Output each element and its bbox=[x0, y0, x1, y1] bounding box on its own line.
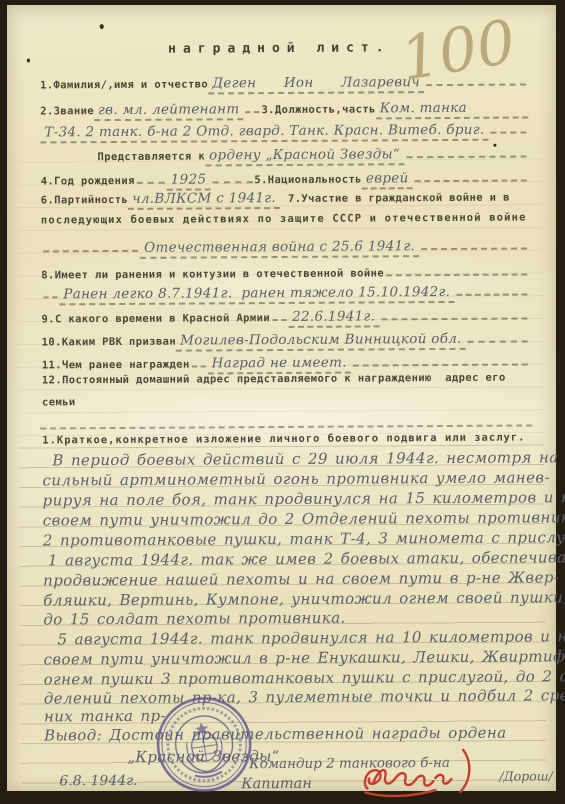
field-party-value: чл.ВЛКСМ с 1941г. bbox=[128, 190, 280, 210]
field-row-home-address-cont: семьи bbox=[42, 393, 530, 408]
feat-heading: 1.Краткое,конкретное изложение личного б… bbox=[42, 432, 525, 447]
field-birth-year-value: 1925 bbox=[167, 171, 211, 190]
feat-line: до 15 солдат пехоты противника. bbox=[43, 607, 535, 628]
field-row-unit: Т-34. 2 танк. б-на 2 Отд. гвард. Танк. К… bbox=[40, 117, 528, 143]
field-name-label: 1.Фамилия/,имя и отчество bbox=[40, 78, 208, 91]
field-unit-value: Т-34. 2 танк. б-на 2 Отд. гвард. Танк. К… bbox=[40, 121, 488, 143]
field-wounds-value: Ранен легко 8.7.1941г. ранен тяжело 15.1… bbox=[59, 284, 454, 305]
field-rank-label: 2.Звание bbox=[40, 105, 94, 117]
field-row-army-since: 9.С какого времени в Красной Армии 22.6.… bbox=[41, 303, 529, 329]
field-war-participation-value: Отечественная война с 25.6 1941г. bbox=[140, 238, 419, 259]
battalion-commander-signature bbox=[359, 742, 481, 799]
document-content: наградной лист. 100 1.Фамилия/,имя и отч… bbox=[5, 3, 559, 792]
field-nationality-label: 5.Национальность bbox=[254, 173, 362, 186]
field-war-participation-label: 7.Участие в гражданской войне и в bbox=[288, 192, 510, 205]
dashed-line bbox=[137, 168, 165, 184]
feat-line: 1 августа 1944г. так же имев 2 боевых ат… bbox=[43, 548, 535, 569]
dashed-line bbox=[245, 97, 259, 113]
field-row-presented: Представляется к ордену „Красной Звезды“ bbox=[97, 141, 528, 166]
field-row-name: 1.Фамилия/,имя и отчество Деген Ион Лаза… bbox=[40, 69, 528, 95]
field-army-since-value: 22.6.1941г. bbox=[288, 308, 379, 328]
feat-line: бляшки, Вертинь, Кумпоне, уничтожил огне… bbox=[43, 588, 535, 609]
dashed-line bbox=[381, 303, 527, 319]
feat-line: 5 августа 1944г. танк продвинулся на 10 … bbox=[43, 627, 535, 648]
field-row-war-participation-value: Отечественная война с 25.6 1941г. bbox=[41, 233, 529, 259]
dashed-line bbox=[192, 351, 206, 367]
field-row-party: 6.Партийность чл.ВЛКСМ с 1941г. 7.Участи… bbox=[41, 188, 529, 210]
round-seal-stamp bbox=[149, 689, 260, 800]
dashed-line bbox=[43, 282, 57, 298]
field-drafted-by-label: 10.Каким РВК призван bbox=[42, 335, 177, 348]
field-row-drafted-by: 10.Каким РВК призван Могилев-Подольским … bbox=[42, 326, 530, 352]
field-birth-year-label: 4.Год рождения bbox=[41, 174, 135, 187]
presented-value: ордену „Красной Звезды“ bbox=[205, 146, 404, 166]
field-row-wounds-value: Ранен легко 8.7.1941г. ранен тяжело 15.1… bbox=[41, 279, 529, 305]
field-row-wounds: 8.Имеет ли ранения и контузии в отечеств… bbox=[41, 259, 529, 281]
field-row-birth-nationality: 4.Год рождения 1925 5.Национальность евр… bbox=[41, 165, 529, 191]
field-prior-awards-value: Наград не имеет. bbox=[208, 354, 351, 374]
feat-line: сильный артминометный огонь противника у… bbox=[42, 468, 534, 489]
dashed-line bbox=[426, 70, 526, 86]
date-line: 6.8. 1944г. bbox=[59, 773, 137, 789]
dashed-line bbox=[468, 326, 528, 342]
dashed-line bbox=[456, 279, 527, 295]
feat-line: своем пути уничтожил в р-не Енукашки, Ле… bbox=[44, 647, 536, 668]
field-nationality-value: еврей bbox=[362, 170, 413, 189]
field-army-since-label: 9.С какого времени в Красной Армии bbox=[41, 312, 270, 325]
scanned-award-sheet: наградной лист. 100 1.Фамилия/,имя и отч… bbox=[0, 0, 565, 804]
dashed-line bbox=[421, 233, 527, 249]
field-name-value: Деген Ион Лазаревич bbox=[208, 74, 424, 94]
paper-speck bbox=[100, 24, 104, 29]
feat-line: 2 противотанковые пушки, танк Т-4, 3 мин… bbox=[43, 528, 535, 549]
field-position-value: Ком. танка bbox=[376, 99, 529, 119]
field-drafted-by-value: Могилев-Подольским Винницкой обл. bbox=[176, 330, 466, 351]
field-home-address-label: 12.Постоянный домашний адрес представляе… bbox=[42, 372, 506, 387]
dashed-line bbox=[406, 141, 527, 157]
field-wounds-label: 8.Имеет ли ранения и контузии в отечеств… bbox=[41, 267, 384, 281]
dashed-line bbox=[212, 167, 252, 183]
dashed-line bbox=[43, 236, 138, 252]
paper-speck bbox=[27, 59, 30, 63]
dashed-line bbox=[353, 349, 528, 366]
field-position-label: 3.Должность,часть bbox=[261, 103, 375, 116]
feat-line: продвижение нашей пехоты и на своем пути… bbox=[43, 568, 535, 589]
field-row-war-participation-cont: последующих боевых действиях по защите С… bbox=[41, 211, 529, 226]
dashed-line bbox=[490, 117, 526, 133]
feat-line: В период боевых действий с 29 июля 1944г… bbox=[42, 448, 534, 469]
feat-line: них танка пр- bbox=[44, 704, 536, 725]
feat-line: своем пути уничтожил до 2 Отделений пехо… bbox=[43, 508, 535, 529]
dashed-line bbox=[386, 259, 527, 275]
presented-label: Представляется к bbox=[97, 150, 205, 163]
feat-heading-row: 1.Краткое,конкретное изложение личного б… bbox=[42, 431, 530, 446]
dashed-line bbox=[414, 165, 526, 181]
feat-line: рируя на поле боя, танк продвинулся на 1… bbox=[43, 488, 535, 509]
field-rank-value: гв. мл. лейтенант bbox=[94, 101, 244, 121]
paper-background: наградной лист. 100 1.Фамилия/,имя и отч… bbox=[7, 5, 556, 791]
signer-name: /Дорош/ bbox=[499, 768, 553, 783]
field-home-address-label-cont: семьи bbox=[42, 396, 76, 408]
field-row-home-address: 12.Постоянный домашний адрес представляе… bbox=[42, 371, 530, 386]
field-war-participation-label-cont: последующих боевых действиях по защите С… bbox=[41, 211, 527, 226]
dashed-line bbox=[272, 305, 286, 321]
dashed-section-divider bbox=[40, 424, 532, 429]
field-party-label: 6.Партийность bbox=[41, 194, 128, 207]
field-prior-awards-label: 11.Чем ранее награжден bbox=[42, 358, 190, 371]
feat-line: огнем пушки 3 противотанковых пушки с пр… bbox=[44, 667, 536, 688]
